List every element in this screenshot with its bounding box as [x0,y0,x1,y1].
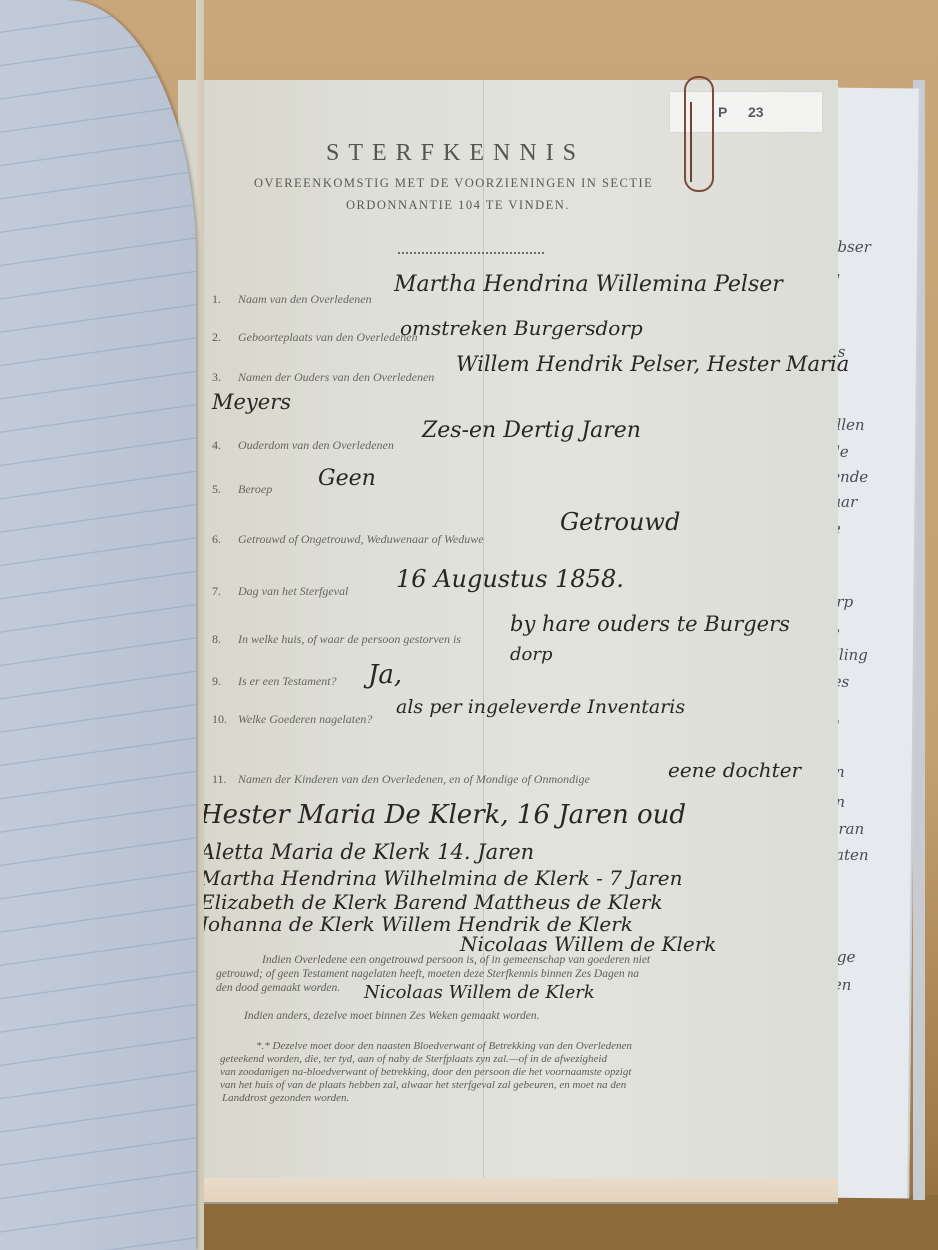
field-number: 9. [212,674,238,689]
signature: Nicolaas Willem de Klerk [364,982,595,1003]
form-subtitle-1: OVEREENKOMSTIG MET DE VOORZIENINGEN IN S… [254,176,653,191]
paperclip-inner [690,102,692,182]
note-line: Indien anders, dezelve moet binnen Zes W… [244,1010,540,1022]
field-9-value: Ja, [368,660,402,690]
field-number: 2. [212,330,238,345]
note-line: Indien Overledene een ongetrouwd persoon… [262,954,650,966]
field-label: Dag van het Sterfgeval [238,584,348,598]
field-1-value: Martha Hendrina Willemina Pelser [394,272,783,297]
dotted-separator [398,252,544,254]
field-4: 4.Ouderdom van den Overledenen [212,436,394,454]
field-label: Ouderdom van den Overledenen [238,438,394,452]
field-label: Getrouwd of Ongetrouwd, Weduwenaar of We… [238,532,484,546]
field-number: 6. [212,532,238,547]
field-label: Is er een Testament? [238,674,337,688]
footnote-line: *.* Dezelve moet door den naasten Bloedv… [256,1040,632,1052]
blue-ruled-book-page [0,0,196,1250]
field-9: 9.Is er een Testament? [212,672,337,690]
field-number: 7. [212,584,238,599]
book-page-edge [196,0,204,1250]
torn-bottom-edge [198,1178,838,1202]
child-line: Aletta Maria de Klerk 14. Jaren [200,840,534,864]
field-label: Naam van den Overledenen [238,292,372,306]
field-number: 11. [212,772,238,787]
footnote-line: van zoodanigen na-bloedverwant of betrek… [220,1066,631,1078]
footnote-line: van het huis of van de plaats hebben zal… [220,1079,626,1091]
field-number: 5. [212,482,238,497]
field-number: 10. [212,712,238,727]
paperclip-icon [684,76,714,192]
field-label: Namen der Kinderen van den Overledenen, … [238,772,590,786]
field-11: 11.Namen der Kinderen van den Overledene… [212,770,590,788]
field-5-value: Geen [318,466,376,491]
field-label: Beroep [238,482,272,496]
field-8-value-cont: dorp [510,644,553,665]
note-line: getrouwd; of geen Testament nagelaten he… [216,968,639,980]
field-3-value: Willem Hendrik Pelser, Hester Maria [456,352,849,376]
field-number: 4. [212,438,238,453]
footnote-line: Landdrost gezonden worden. [222,1092,349,1104]
field-3: 3.Namen der Ouders van den Overledenen [212,368,434,386]
field-2: 2.Geboorteplaats van den Overledenen [212,328,418,346]
field-label: Geboorteplaats van den Overledenen [238,330,418,344]
field-11-value: eene dochter [668,758,801,782]
footnote-line: geteekend worden, die, ter tyd, aan of n… [220,1053,607,1065]
child-line: Hester Maria De Klerk, 16 Jaren oud [200,800,686,830]
fold-line [483,80,484,1202]
field-5: 5.Beroep [212,480,272,498]
child-line: Elizabeth de Klerk Barend Mattheus de Kl… [200,890,663,914]
field-number: 8. [212,632,238,647]
child-line: Nicolaas Willem de Klerk [460,932,716,956]
field-6: 6.Getrouwd of Ongetrouwd, Weduwenaar of … [212,530,484,548]
field-7-value: 16 Augustus 1858. [396,565,624,593]
field-8: 8.In welke huis, of waar de persoon gest… [212,630,461,648]
archive-label-number: 23 [748,104,764,120]
field-4-value: Zes-en Dertig Jaren [422,418,641,443]
field-label: In welke huis, of waar de persoon gestor… [238,632,461,646]
field-3-value-cont: Meyers [212,390,291,414]
field-10-value: als per ingeleverde Inventaris [396,696,685,718]
field-label: Namen der Ouders van den Overledenen [238,370,434,384]
field-number: 3. [212,370,238,385]
field-1: 1.Naam van den Overledenen [212,290,372,308]
field-10: 10.Welke Goederen nagelaten? [212,710,372,728]
desk-surface [150,1195,938,1250]
field-label: Welke Goederen nagelaten? [238,712,372,726]
note-line: den dood gemaakt worden. [216,982,340,994]
field-number: 1. [212,292,238,307]
archive-label-prefix: P [718,104,727,120]
field-8-value: by hare ouders te Burgers [510,612,790,636]
child-line: Martha Hendrina Wilhelmina de Klerk - 7 … [200,866,683,890]
field-7: 7.Dag van het Sterfgeval [212,582,348,600]
form-title: STERFKENNIS [326,140,585,167]
form-subtitle-2: ORDONNANTIE 104 TE VINDEN. [346,198,570,213]
field-6-value: Getrouwd [560,508,680,536]
field-2-value: omstreken Burgersdorp [400,316,643,340]
